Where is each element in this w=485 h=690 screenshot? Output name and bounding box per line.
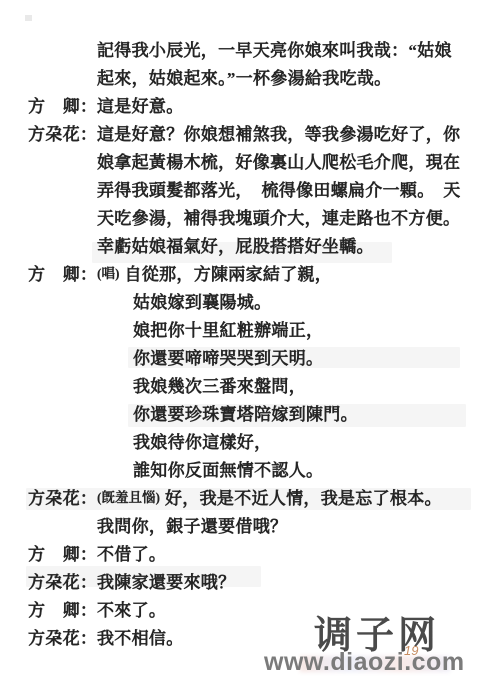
dialogue-text: 我不相信。 xyxy=(97,624,184,649)
script-line: 方朶花：這是好意？你娘想補煞我，等我參湯吃好了，你 xyxy=(28,118,477,146)
script-line: 你還要珍珠寶塔陪嫁到陳門。 xyxy=(28,398,477,426)
dialogue-text: 我問你，銀子還要借哦？ xyxy=(97,512,287,537)
dialogue-text: 天吃參湯，補得我塊頭介大，連走路也不方便。 xyxy=(97,204,460,229)
speaker-label: 方朶花： xyxy=(28,568,97,593)
scan-speck xyxy=(25,15,32,21)
speaker-label: 方朶花： xyxy=(28,624,97,649)
script-line: 娘把你十里紅粧辦端正， xyxy=(28,314,477,342)
script-text-block: 記得我小辰光，一早天亮你娘來叫我哉：“姑娘 起來，姑娘起來。”一杯參湯給我吃哉。… xyxy=(28,34,477,650)
page: 記得我小辰光，一早天亮你娘來叫我哉：“姑娘 起來，姑娘起來。”一杯參湯給我吃哉。… xyxy=(0,0,485,690)
script-line: 記得我小辰光，一早天亮你娘來叫我哉：“姑娘 xyxy=(28,34,477,62)
speaker-label: 方 卿： xyxy=(28,540,97,565)
script-line: 我問你，銀子還要借哦？ xyxy=(28,510,477,538)
sung-verse-text: 我娘幾次三番來盤問， xyxy=(133,372,306,397)
speaker-label: 方 卿： xyxy=(28,260,97,285)
script-line: 方 卿：不借了。 xyxy=(28,538,477,566)
speaker-label: 方 卿： xyxy=(28,92,97,117)
script-line: 姑娘嫁到襄陽城。 xyxy=(28,286,477,314)
script-line: 方 卿：這是好意。 xyxy=(28,90,477,118)
sung-verse-text: 姑娘嫁到襄陽城。 xyxy=(133,288,271,313)
stage-direction: (唱) xyxy=(97,262,120,282)
speaker-label: 方 卿： xyxy=(28,596,97,621)
sung-verse-text: 誰知你反面無情不認人。 xyxy=(133,456,323,481)
watermark-site-url: www.diaozi.com xyxy=(264,648,465,677)
dialogue-text: 幸虧姑娘福氣好，屁股搭搭好坐轎。 xyxy=(97,232,374,257)
script-line: 方朶花：我陳家還要來哦？ xyxy=(28,566,477,594)
sung-verse-text: 自從那，方陳兩家結了親， xyxy=(125,260,333,285)
script-line: 你還要啼啼哭哭到天明。 xyxy=(28,342,477,370)
sung-verse-text: 我娘待你這樣好， xyxy=(133,428,271,453)
dialogue-text: 我陳家還要來哦？ xyxy=(97,568,235,593)
sung-verse-text: 娘把你十里紅粧辦端正， xyxy=(133,316,323,341)
dialogue-text: 好，我是不近人情，我是忘了根本。 xyxy=(165,484,442,509)
speaker-label: 方朶花： xyxy=(28,484,97,509)
dialogue-text: 這是好意。 xyxy=(97,92,184,117)
dialogue-text: 不借了。 xyxy=(97,540,166,565)
dialogue-text: 記得我小辰光，一早天亮你娘來叫我哉：“姑娘 xyxy=(97,36,452,61)
sung-verse-text: 你還要啼啼哭哭到天明。 xyxy=(133,344,323,369)
script-line: 誰知你反面無情不認人。 xyxy=(28,454,477,482)
script-line: 起來，姑娘起來。”一杯參湯給我吃哉。 xyxy=(28,62,477,90)
script-line: 娘拿起黃楊木梳，好像裏山人爬松毛介爬，現在 xyxy=(28,146,477,174)
script-line: 幸虧姑娘福氣好，屁股搭搭好坐轎。 xyxy=(28,230,477,258)
dialogue-text: 娘拿起黃楊木梳，好像裏山人爬松毛介爬，現在 xyxy=(97,148,460,173)
script-line: 我娘待你這樣好， xyxy=(28,426,477,454)
dialogue-text: 弄得我頭髮都落光， 梳得像田螺扁介一顆。 天 xyxy=(97,176,461,201)
speaker-label: 方朶花： xyxy=(28,120,97,145)
script-line: 弄得我頭髮都落光， 梳得像田螺扁介一顆。 天 xyxy=(28,174,477,202)
script-line: 方朶花：(旣羞且惱)好，我是不近人情，我是忘了根本。 xyxy=(28,482,477,510)
script-line: 天吃參湯，補得我塊頭介大，連走路也不方便。 xyxy=(28,202,477,230)
dialogue-text: 這是好意？你娘想補煞我，等我參湯吃好了，你 xyxy=(97,120,460,145)
dialogue-text: 起來，姑娘起來。”一杯參湯給我吃哉。 xyxy=(97,64,391,89)
script-line: 方 卿：(唱)自從那，方陳兩家結了親， xyxy=(28,258,477,286)
sung-verse-text: 你還要珍珠寶塔陪嫁到陳門。 xyxy=(133,400,358,425)
stage-direction: (旣羞且惱) xyxy=(97,486,160,506)
script-line: 我娘幾次三番來盤問， xyxy=(28,370,477,398)
dialogue-text: 不來了。 xyxy=(97,596,166,621)
